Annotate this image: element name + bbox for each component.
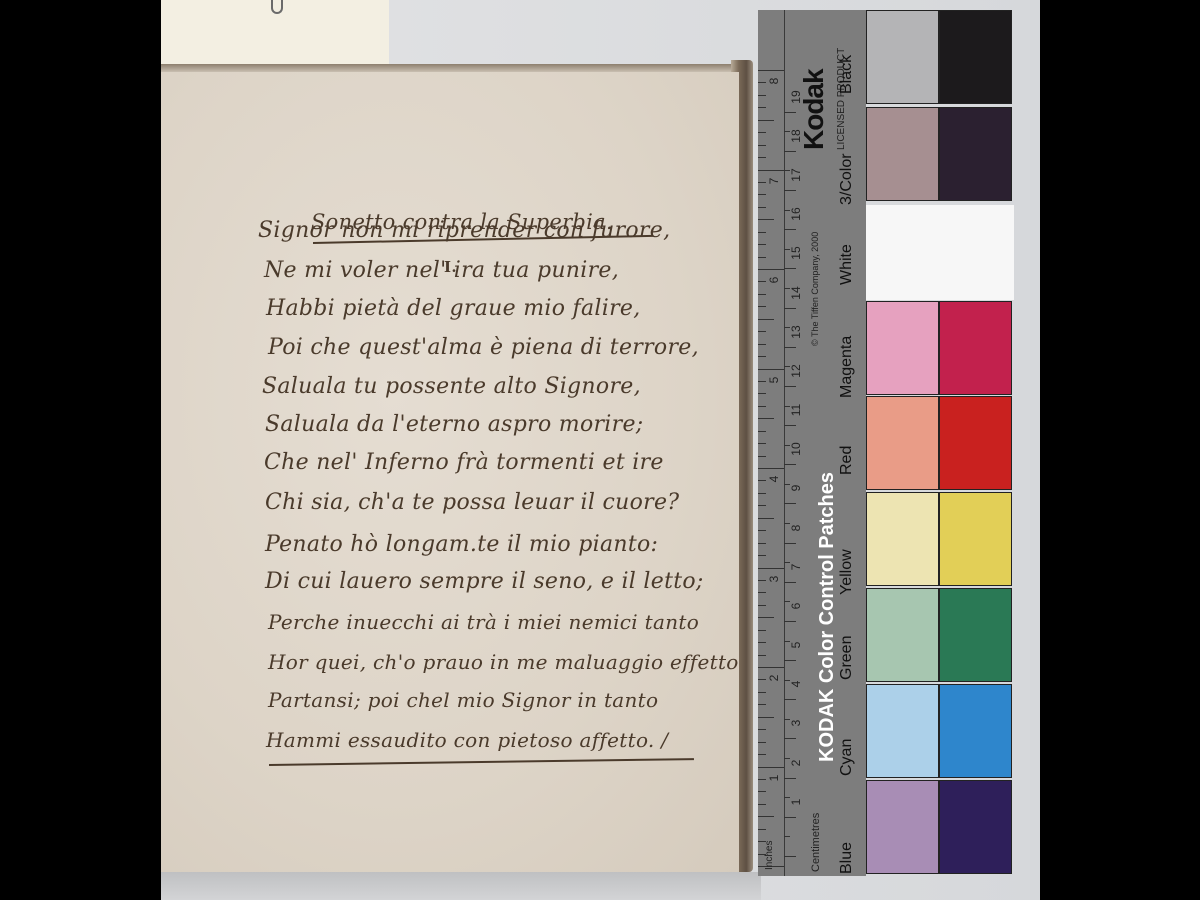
inch-tick [758,816,774,817]
inch-tick [758,617,774,618]
patch-white [866,205,1014,300]
cm-tick [784,386,796,387]
cm-tick [784,131,790,132]
inch-tick [758,232,766,233]
cm-tick-label: 15 [789,243,803,263]
slip-handwritten-mark [271,0,283,14]
patch-yellow-dark [939,492,1012,586]
cm-tick-label: 12 [789,361,803,381]
manuscript-page: Sonetto contra la Superbia. I. Signor no… [161,72,739,875]
cm-tick [784,660,796,661]
inch-tick [758,729,766,730]
cm-tick-label: 9 [789,478,803,498]
color-control-target: 1234567812345678910111213141516171819 Ce… [758,10,1016,876]
inch-tick [758,344,766,345]
inches-label: Inches [764,841,775,870]
label-white: White [838,244,856,285]
cm-tick [784,112,796,113]
patch-blue-light [866,780,939,874]
inch-tick [758,207,766,208]
inch-tick [758,791,766,792]
inch-tick [758,82,766,83]
inch-tick [758,294,766,295]
inch-tick [758,642,766,643]
cm-tick [784,621,796,622]
inch-tick [758,480,766,481]
page-top-edge [161,64,741,72]
cm-tick [784,190,796,191]
verse-line: Hor quei, ch'o prauo in me maluaggio eff… [268,650,739,674]
closing-rule [269,758,694,766]
inch-tick [758,754,766,755]
patch-3color-light [866,107,939,201]
verse-line: Signor non mi riprender con furore, [258,218,670,243]
inch-tick-label: 3 [767,569,781,589]
verse-line: Penato hò longam.te il mio pianto: [265,532,658,557]
verse-line: Hammi essaudito con pietoso affetto. / [266,728,668,752]
inch-tick [758,443,766,444]
inch-tick [758,630,766,631]
ruler-baseline [784,10,785,876]
inch-tick-label: 1 [767,768,781,788]
patch-cyan-light [866,684,939,778]
inch-tick [758,493,766,494]
cm-tick [784,503,796,504]
cm-tick [784,308,796,309]
inch-tick [758,692,766,693]
inch-tick [758,779,766,780]
patch-magenta-dark [939,301,1012,395]
centimetres-label: Centimetres [810,813,822,872]
verse-line: Perche inuecchi ai trà i miei nemici tan… [268,610,699,634]
verse-line: Chi sia, ch'a te possa leuar il cuore? [265,490,679,515]
cm-tick [784,523,790,524]
ruler-strip: 1234567812345678910111213141516171819 Ce… [758,10,866,876]
cm-tick [784,543,796,544]
cm-tick [784,817,796,818]
inch-tick [758,331,766,332]
inch-tick [758,679,766,680]
cm-tick [784,406,790,407]
cm-tick [784,445,790,446]
inch-tick [758,505,766,506]
patch-red-dark [939,396,1012,490]
verse-line: Poi che quest'alma è piena di terrore, [268,335,699,360]
cm-tick [784,366,790,367]
cm-tick-label: 16 [789,204,803,224]
verse-line: Partansi; poi chel mio Signor in tanto [268,688,658,712]
inch-tick [758,456,766,457]
inch-tick [758,555,766,556]
label-cyan: Cyan [838,739,856,776]
inch-tick [758,95,766,96]
patch-yellow-light [866,492,939,586]
patch-red-light [866,396,939,490]
cm-tick-label: 17 [789,165,803,185]
cm-tick [784,738,796,739]
cm-tick [784,229,796,230]
cm-tick-label: 4 [789,674,803,694]
label-3color: 3/Color [838,153,856,205]
inch-tick [758,157,766,158]
cm-tick-label: 2 [789,753,803,773]
inch-tick [758,742,766,743]
inch-tick [758,592,766,593]
inch-tick [758,518,774,519]
inch-tick [758,580,766,581]
inch-tick [758,145,766,146]
cm-tick [784,641,790,642]
cm-tick [784,288,790,289]
kodak-logo: Kodak [798,69,830,150]
inch-tick [758,120,774,121]
cm-tick [784,680,790,681]
verse-line: Saluala da l'eterno aspro morire; [265,412,644,437]
label-green: Green [838,636,856,680]
verse-line: Di cui lauero sempre il seno, e il letto… [265,569,704,594]
inch-tick [758,406,766,407]
cm-tick-label: 5 [789,635,803,655]
patch-cyan-dark [939,684,1012,778]
cm-tick [784,464,796,465]
cm-tick-label: 11 [789,400,803,420]
inch-tick-label: 7 [767,171,781,191]
cm-tick [784,778,796,779]
cm-tick [784,562,790,563]
cm-tick-label: 8 [789,518,803,538]
cm-tick-label: 7 [789,557,803,577]
verse-line: Ne mi voler nel' ira tua punire, [264,258,619,283]
color-patches [866,10,1016,876]
inch-tick [758,356,766,357]
inch-tick [758,804,766,805]
inch-tick [758,431,766,432]
cm-tick [784,170,790,171]
inch-tick [758,219,774,220]
inch-tick-label: 8 [767,71,781,91]
cm-tick-label: 1 [789,792,803,812]
inch-tick [758,829,766,830]
patch-blue-dark [939,780,1012,874]
cm-tick [784,856,796,857]
label-blue: Blue [838,842,856,874]
inch-tick [758,704,766,705]
inch-tick [758,281,766,282]
inch-tick [758,194,766,195]
scanned-document: Sonetto contra la Superbia. I. Signor no… [161,0,1040,900]
inch-tick [758,381,766,382]
inch-tick-label: 2 [767,668,781,688]
cm-tick-label: 3 [789,713,803,733]
cm-tick [784,327,790,328]
cm-tick [784,582,796,583]
inch-tick [758,530,766,531]
inch-tick-label: 6 [767,270,781,290]
target-title: KODAK Color Control Patches [816,472,839,762]
verse-line: Che nel' Inferno frà tormenti et ire [264,450,664,475]
inch-tick [758,257,766,258]
cm-tick [784,699,796,700]
verse-line: Saluala tu possente alto Signore, [262,374,641,399]
label-magenta: Magenta [838,336,856,398]
cm-tick [784,249,790,250]
inch-tick [758,717,774,718]
inch-tick [758,605,766,606]
inch-tick [758,655,766,656]
inch-tick [758,306,766,307]
page-shadow [161,872,761,900]
inch-tick [758,418,774,419]
cm-tick [784,268,796,269]
inch-tick-label: 4 [767,469,781,489]
cm-tick-label: 6 [789,596,803,616]
cm-tick [784,347,796,348]
patch-green-light [866,588,939,682]
inch-tick [758,182,766,183]
label-red: Red [838,446,856,475]
patch-magenta-light [866,301,939,395]
cm-tick [784,210,790,211]
cm-tick [784,484,790,485]
inch-tick-label: 5 [767,370,781,390]
cm-tick [784,601,790,602]
inch-tick [758,132,766,133]
inch-tick [758,244,766,245]
cm-tick [784,719,790,720]
verse-line: Habbi pietà del graue mio falire, [266,296,641,321]
label-yellow: Yellow [838,549,856,595]
cm-tick [784,758,790,759]
inch-tick [758,319,774,320]
cm-tick-label: 10 [789,439,803,459]
inch-tick [758,107,766,108]
paper-slip [161,0,391,74]
cm-tick [784,425,796,426]
cm-tick [784,836,790,837]
cm-tick [784,151,796,152]
inch-tick [758,543,766,544]
inch-tick [758,393,766,394]
patch-3color-dark [939,107,1012,201]
label-black: Black [838,55,856,94]
cm-tick [784,797,790,798]
copyright-text: © The Tiffen Company, 2000 [810,232,820,346]
cm-tick-label: 14 [789,283,803,303]
patch-black-light [866,10,939,104]
cm-tick-label: 13 [789,322,803,342]
patch-green-dark [939,588,1012,682]
patch-black-dark [939,10,1012,104]
